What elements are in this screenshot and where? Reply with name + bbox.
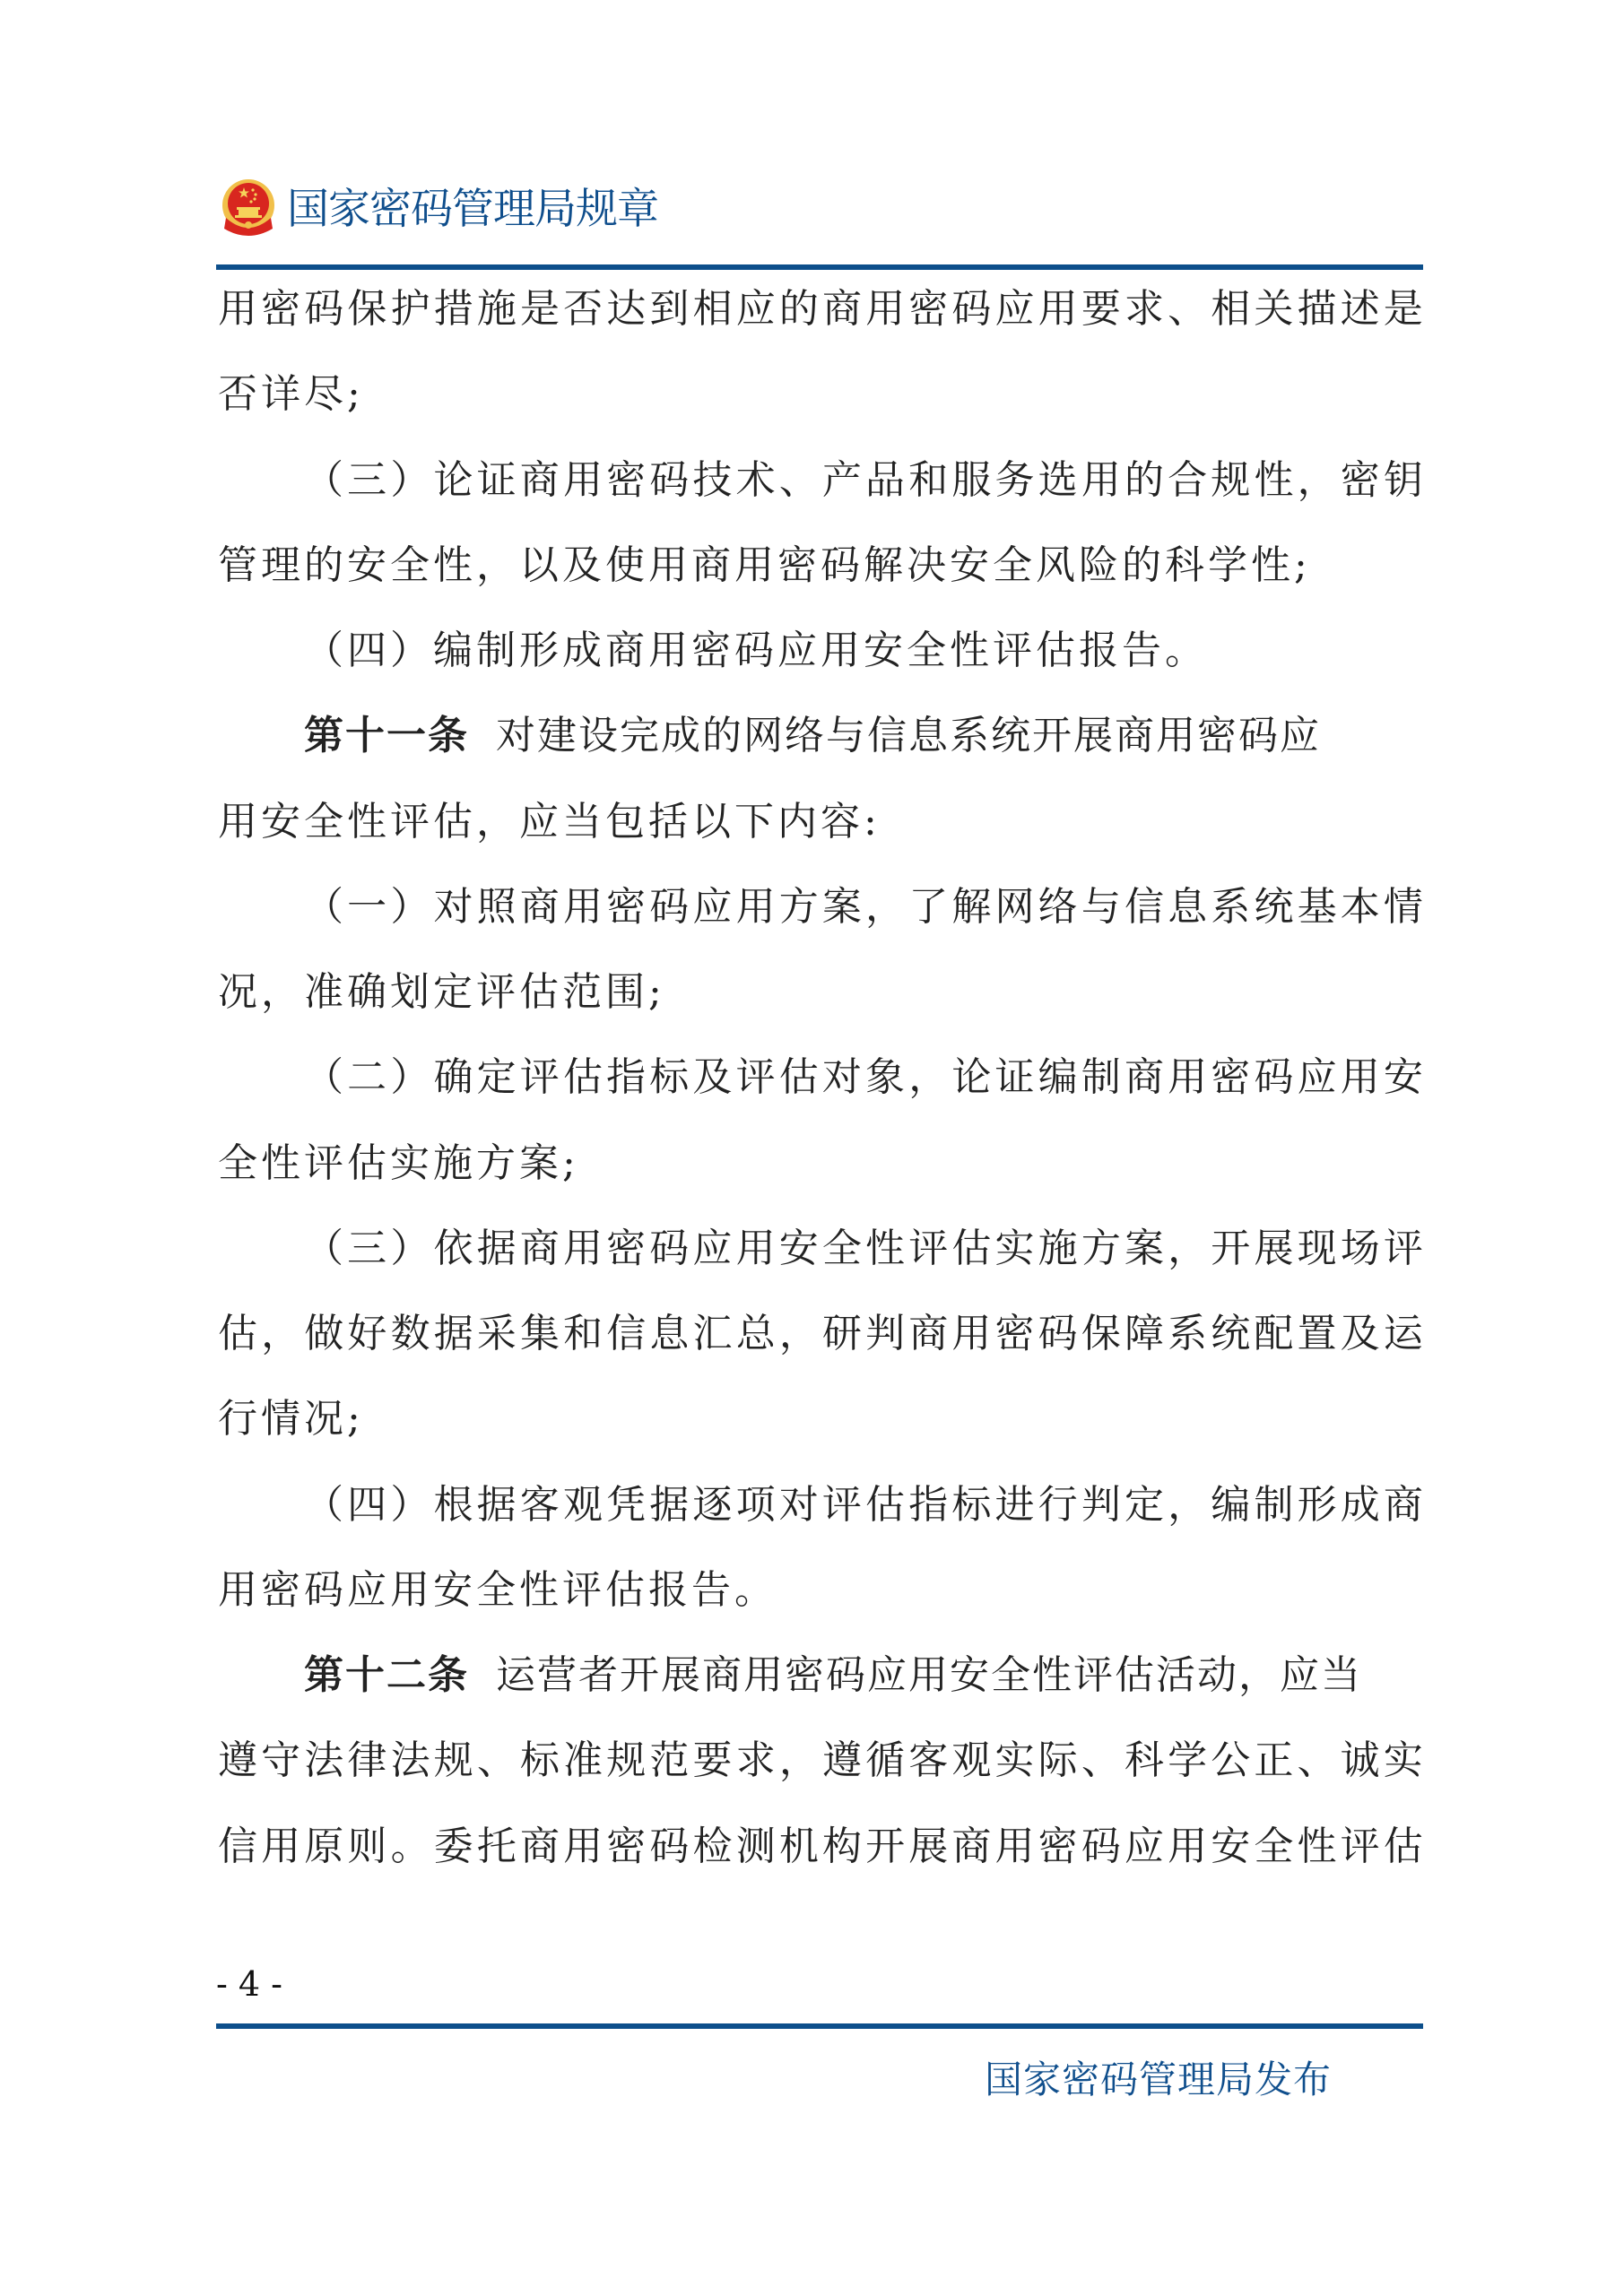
glyph: 循 (865, 1736, 905, 1786)
glyph: ， (1298, 455, 1337, 506)
glyph: 、 (1081, 1736, 1121, 1786)
glyph: 技 (692, 455, 732, 506)
glyph: 息 (1168, 882, 1207, 932)
glyph: 根 (433, 1480, 473, 1530)
glyph: 评 (1341, 1822, 1380, 1872)
body-line: 全性评估实施方案; (218, 1139, 1423, 1189)
body-line: 用密码应用安全性评估报告。 (218, 1565, 1423, 1616)
glyph: 密 (1341, 455, 1380, 506)
glyph: 据 (477, 1480, 517, 1530)
glyph: 编 (1038, 1053, 1078, 1103)
glyph: 密 (606, 1224, 646, 1274)
glyph: 情 (1384, 882, 1423, 932)
page-number: - 4 - (216, 1963, 282, 2005)
glyph: 研 (822, 1309, 862, 1359)
glyph: 进 (995, 1480, 1035, 1530)
glyph: 及 (692, 1053, 732, 1103)
glyph: 案 (1125, 1224, 1164, 1274)
glyph: 商 (822, 284, 862, 334)
glyph: 码 (649, 455, 689, 506)
body-line: 估，做好数据采集和信息汇总，研判商用密码保障系统配置及运 (218, 1309, 1423, 1359)
article-heading: 第十二条 (304, 1652, 469, 1698)
glyph: （ (304, 455, 343, 506)
glyph: 标 (520, 1736, 560, 1786)
glyph: 律 (347, 1736, 386, 1786)
glyph: 证 (995, 1053, 1035, 1103)
glyph: 商 (951, 1822, 991, 1872)
glyph: 集 (520, 1309, 560, 1359)
glyph: （ (304, 1053, 343, 1103)
glyph: 码 (649, 882, 689, 932)
glyph: 密 (1038, 1822, 1078, 1872)
glyph: 码 (304, 284, 343, 334)
glyph: 案 (822, 882, 862, 932)
glyph: 用 (1341, 1053, 1380, 1103)
glyph: 、 (477, 1736, 517, 1786)
body-line: （二）确定评估指标及评估对象，论证编制商用密码应用安 (304, 1053, 1423, 1103)
glyph: 、 (1168, 284, 1207, 334)
glyph: 照 (477, 882, 517, 932)
glyph: 全 (822, 1224, 862, 1274)
glyph: 场 (1341, 1224, 1380, 1274)
glyph: 应 (692, 882, 732, 932)
glyph: 用 (563, 882, 603, 932)
header-title: 国家密码管理局规章 (287, 183, 658, 237)
glyph: 论 (433, 455, 473, 506)
glyph: ， (779, 1309, 819, 1359)
glyph: 行 (1038, 1480, 1078, 1530)
glyph: 信 (606, 1309, 646, 1359)
glyph: 、 (1298, 1736, 1337, 1786)
glyph: 指 (908, 1480, 948, 1530)
glyph: 运 (1384, 1309, 1423, 1359)
glyph: 到 (649, 284, 689, 334)
national-emblem-icon (221, 178, 276, 238)
glyph: 性 (1254, 455, 1293, 506)
glyph: 的 (1125, 455, 1164, 506)
document-page: 国家密码管理局规章 用密码保护措施是否达到相应的商用密码应用要求、相关描述是否详… (0, 0, 1624, 2296)
glyph: 应 (995, 284, 1035, 334)
article-heading: 第十一条 (304, 713, 469, 758)
glyph: （ (304, 882, 343, 932)
glyph: 码 (951, 284, 991, 334)
glyph: 用 (736, 882, 776, 932)
glyph: 方 (1081, 1224, 1121, 1274)
glyph: 品 (865, 455, 905, 506)
body-line: 否详尽; (218, 369, 1423, 420)
footer-divider (216, 2023, 1423, 2029)
glyph: 评 (736, 1053, 776, 1103)
glyph: 指 (606, 1053, 646, 1103)
glyph: 密 (995, 1309, 1035, 1359)
glyph: 用 (865, 284, 905, 334)
glyph: 对 (822, 1053, 862, 1103)
body-line: （四）根据客观凭据逐项对评估指标进行判定，编制形成商 (304, 1480, 1423, 1530)
body-line: 用安全性评估，应当包括以下内容: (218, 797, 1423, 847)
glyph: 是 (1384, 284, 1423, 334)
header-divider (216, 264, 1423, 270)
glyph: 准 (563, 1736, 603, 1786)
glyph: （ (304, 1224, 343, 1274)
glyph: 规 (606, 1736, 646, 1786)
glyph: 学 (1168, 1736, 1207, 1786)
glyph: 诚 (1341, 1736, 1380, 1786)
glyph: 相 (693, 284, 733, 334)
glyph: 三 (347, 455, 386, 506)
glyph: 成 (1341, 1480, 1380, 1530)
glyph: 、 (779, 455, 819, 506)
glyph: 密 (606, 1822, 646, 1872)
glyph: 标 (951, 1480, 991, 1530)
glyph: 和 (563, 1309, 603, 1359)
glyph: 措 (434, 284, 473, 334)
glyph: 系 (1168, 1309, 1207, 1359)
glyph: 用 (995, 1822, 1035, 1872)
glyph: 密 (606, 455, 646, 506)
glyph: 安 (1384, 1053, 1423, 1103)
glyph: 据 (434, 1309, 473, 1359)
glyph: 估 (779, 1053, 819, 1103)
glyph: 二 (347, 1053, 386, 1103)
glyph: 全 (1254, 1822, 1293, 1872)
article-text: 运营者开展商用密码应用安全性评估活动，应当 (496, 1652, 1362, 1698)
glyph: 用 (1081, 455, 1121, 506)
glyph: ） (390, 1053, 430, 1103)
glyph: 方 (779, 882, 819, 932)
glyph: 遵 (218, 1736, 257, 1786)
glyph: 护 (391, 284, 430, 334)
glyph: 密 (261, 284, 300, 334)
glyph: 公 (1211, 1736, 1250, 1786)
glyph: 密 (606, 882, 646, 932)
glyph: 用 (1038, 284, 1078, 334)
glyph: 钥 (1384, 455, 1423, 506)
glyph: 。 (391, 1822, 430, 1872)
glyph: 用 (563, 1822, 603, 1872)
glyph: 检 (693, 1822, 733, 1872)
glyph: 构 (822, 1822, 862, 1872)
glyph: 应 (692, 1224, 732, 1274)
glyph: 数 (391, 1309, 430, 1359)
glyph: 原 (304, 1822, 343, 1872)
glyph: 法 (391, 1736, 430, 1786)
glyph: 客 (908, 1736, 948, 1786)
glyph: 商 (520, 882, 560, 932)
glyph: 判 (865, 1309, 905, 1359)
glyph: 测 (736, 1822, 776, 1872)
glyph: 凭 (606, 1480, 646, 1530)
glyph: 用 (1168, 1822, 1207, 1872)
glyph: 用 (951, 1309, 991, 1359)
glyph: 商 (520, 455, 560, 506)
body-line: 行情况; (218, 1394, 1423, 1444)
glyph: 商 (520, 1224, 560, 1274)
glyph: 商 (1125, 1053, 1164, 1103)
glyph: 选 (1038, 455, 1078, 506)
glyph: 与 (1081, 882, 1121, 932)
glyph: 估 (1384, 1822, 1423, 1872)
glyph: 观 (563, 1480, 603, 1530)
glyph: 用 (563, 455, 603, 506)
glyph: 做 (304, 1309, 343, 1359)
glyph: 统 (1254, 882, 1293, 932)
glyph: 实 (995, 1736, 1035, 1786)
glyph: ， (865, 882, 905, 932)
glyph: 际 (1038, 1736, 1078, 1786)
glyph: 判 (1081, 1480, 1121, 1530)
glyph: 科 (1125, 1736, 1164, 1786)
body-line: （三）依据商用密码应用安全性评估实施方案，开展现场评 (304, 1224, 1423, 1274)
glyph: 用 (1168, 1053, 1207, 1103)
glyph: 用 (736, 1224, 776, 1274)
glyph: ， (908, 1053, 948, 1103)
glyph: 是 (520, 284, 560, 334)
glyph: 术 (736, 455, 776, 506)
glyph: 产 (822, 455, 862, 506)
footer-publisher: 国家密码管理局发布 (985, 2055, 1332, 2105)
glyph: 机 (779, 1822, 819, 1872)
glyph: 客 (520, 1480, 560, 1530)
glyph: 编 (1211, 1480, 1250, 1530)
glyph: 据 (477, 1224, 517, 1274)
glyph: 置 (1298, 1309, 1337, 1359)
glyph: 估 (563, 1053, 603, 1103)
glyph: 据 (649, 1480, 689, 1530)
glyph: 用 (218, 284, 257, 334)
glyph: 配 (1254, 1309, 1293, 1359)
glyph: 达 (606, 284, 646, 334)
glyph: 观 (951, 1736, 991, 1786)
glyph: 开 (865, 1822, 905, 1872)
glyph: 实 (1384, 1736, 1423, 1786)
glyph: 保 (1081, 1309, 1121, 1359)
glyph: 密 (1211, 1053, 1250, 1103)
glyph: 总 (736, 1309, 776, 1359)
body-line: 管理的安全性，以及使用商用密码解决安全风险的科学性; (218, 541, 1423, 591)
glyph: 基 (1298, 882, 1337, 932)
body-line: （一）对照商用密码应用方案，了解网络与信息系统基本情 (304, 882, 1423, 932)
glyph: 确 (433, 1053, 473, 1103)
glyph: 本 (1341, 882, 1380, 932)
body-line: 况，准确划定评估范围; (218, 967, 1423, 1018)
glyph: 安 (1211, 1822, 1250, 1872)
glyph: 规 (434, 1736, 473, 1786)
glyph: 络 (1038, 882, 1078, 932)
glyph: 评 (822, 1480, 862, 1530)
glyph: 估 (865, 1480, 905, 1530)
glyph: 统 (1211, 1309, 1250, 1359)
glyph: 求 (1125, 284, 1164, 334)
glyph: 商 (1384, 1480, 1423, 1530)
glyph: ， (1168, 1224, 1207, 1274)
glyph: 展 (1254, 1224, 1293, 1274)
glyph: ， (261, 1309, 300, 1359)
glyph: 描 (1298, 284, 1337, 334)
glyph: 好 (347, 1309, 386, 1359)
glyph: 守 (261, 1736, 300, 1786)
glyph: 商 (908, 1309, 948, 1359)
glyph: 相 (1211, 284, 1250, 334)
glyph: 一 (347, 882, 386, 932)
glyph: 性 (1298, 1822, 1337, 1872)
glyph: 逐 (692, 1480, 732, 1530)
glyph: 用 (563, 1224, 603, 1274)
glyph: 码 (1254, 1053, 1293, 1103)
glyph: 了 (908, 882, 948, 932)
glyph: 应 (736, 284, 776, 334)
glyph: 码 (649, 1224, 689, 1274)
glyph: 定 (477, 1053, 517, 1103)
glyph: 定 (1125, 1480, 1164, 1530)
glyph: 汇 (693, 1309, 733, 1359)
glyph: 码 (649, 1822, 689, 1872)
glyph: 安 (779, 1224, 819, 1274)
glyph: 障 (1125, 1309, 1164, 1359)
body-line: 信用原则。委托商用密码检测机构开展商用密码应用安全性评估 (218, 1822, 1423, 1872)
glyph: 求 (736, 1736, 776, 1786)
glyph: 信 (1125, 882, 1164, 932)
glyph: 三 (347, 1224, 386, 1274)
glyph: 评 (908, 1224, 948, 1274)
glyph: 息 (649, 1309, 689, 1359)
glyph: 务 (995, 455, 1035, 506)
glyph: 用 (261, 1822, 300, 1872)
glyph: ， (779, 1736, 819, 1786)
glyph: 托 (477, 1822, 517, 1872)
glyph: 依 (433, 1224, 473, 1274)
glyph: 四 (347, 1480, 386, 1530)
glyph: ） (390, 1480, 430, 1530)
glyph: 及 (1341, 1309, 1380, 1359)
glyph: 服 (951, 455, 991, 506)
glyph: 施 (477, 284, 517, 334)
glyph: 评 (520, 1053, 560, 1103)
article-line: 第十一条对建设完成的网络与信息系统开展商用密码应 (304, 711, 1423, 761)
glyph: 密 (908, 284, 948, 334)
glyph: 述 (1341, 284, 1380, 334)
glyph: 项 (736, 1480, 776, 1530)
glyph: 估 (218, 1309, 257, 1359)
glyph: 的 (779, 284, 819, 334)
body-line: （四）编制形成商用密码应用安全性评估报告。 (304, 626, 1423, 676)
glyph: 开 (1211, 1224, 1250, 1274)
glyph: 采 (477, 1309, 517, 1359)
glyph: 商 (520, 1822, 560, 1872)
glyph: 范 (649, 1736, 689, 1786)
glyph: 现 (1298, 1224, 1337, 1274)
glyph: 关 (1254, 284, 1293, 334)
glyph: 对 (779, 1480, 819, 1530)
glyph: ） (390, 882, 430, 932)
glyph: ， (1168, 1480, 1207, 1530)
article-text: 对建设完成的网络与信息系统开展商用密码应 (496, 713, 1321, 758)
glyph: 码 (1038, 1309, 1078, 1359)
glyph: 施 (1038, 1224, 1078, 1274)
glyph: 象 (865, 1053, 905, 1103)
glyph: 展 (908, 1822, 948, 1872)
glyph: 对 (433, 882, 473, 932)
glyph: ） (390, 455, 430, 506)
glyph: 系 (1211, 882, 1250, 932)
glyph: 评 (1384, 1224, 1423, 1274)
glyph: 证 (477, 455, 517, 506)
glyph: （ (304, 1480, 343, 1530)
glyph: 应 (1298, 1053, 1337, 1103)
glyph: 解 (951, 882, 991, 932)
glyph: 保 (347, 284, 386, 334)
glyph: 信 (218, 1822, 257, 1872)
glyph: 否 (563, 284, 603, 334)
glyph: 则 (347, 1822, 386, 1872)
article-line: 第十二条运营者开展商用密码应用安全性评估活动，应当 (304, 1651, 1423, 1701)
glyph: 制 (1254, 1480, 1293, 1530)
glyph: 码 (1081, 1822, 1121, 1872)
glyph: 形 (1298, 1480, 1337, 1530)
glyph: 遵 (822, 1736, 862, 1786)
glyph: 要 (1081, 284, 1121, 334)
glyph: 和 (908, 455, 948, 506)
glyph: 法 (304, 1736, 343, 1786)
glyph: 性 (865, 1224, 905, 1274)
glyph: 要 (693, 1736, 733, 1786)
glyph: 实 (995, 1224, 1035, 1274)
body-line: 用密码保护措施是否达到相应的商用密码应用要求、相关描述是 (218, 284, 1423, 334)
glyph: 委 (434, 1822, 473, 1872)
glyph: 估 (951, 1224, 991, 1274)
body-line: 遵守法律法规、标准规范要求，遵循客观实际、科学公正、诚实 (218, 1736, 1423, 1786)
body-line: （三）论证商用密码技术、产品和服务选用的合规性，密钥 (304, 455, 1423, 506)
glyph: 合 (1168, 455, 1207, 506)
glyph: 应 (1125, 1822, 1164, 1872)
glyph: 论 (951, 1053, 991, 1103)
glyph: 网 (995, 882, 1035, 932)
glyph: 正 (1254, 1736, 1293, 1786)
glyph: 制 (1081, 1053, 1121, 1103)
glyph: ） (390, 1224, 430, 1274)
glyph: 规 (1211, 455, 1250, 506)
glyph: 标 (649, 1053, 689, 1103)
